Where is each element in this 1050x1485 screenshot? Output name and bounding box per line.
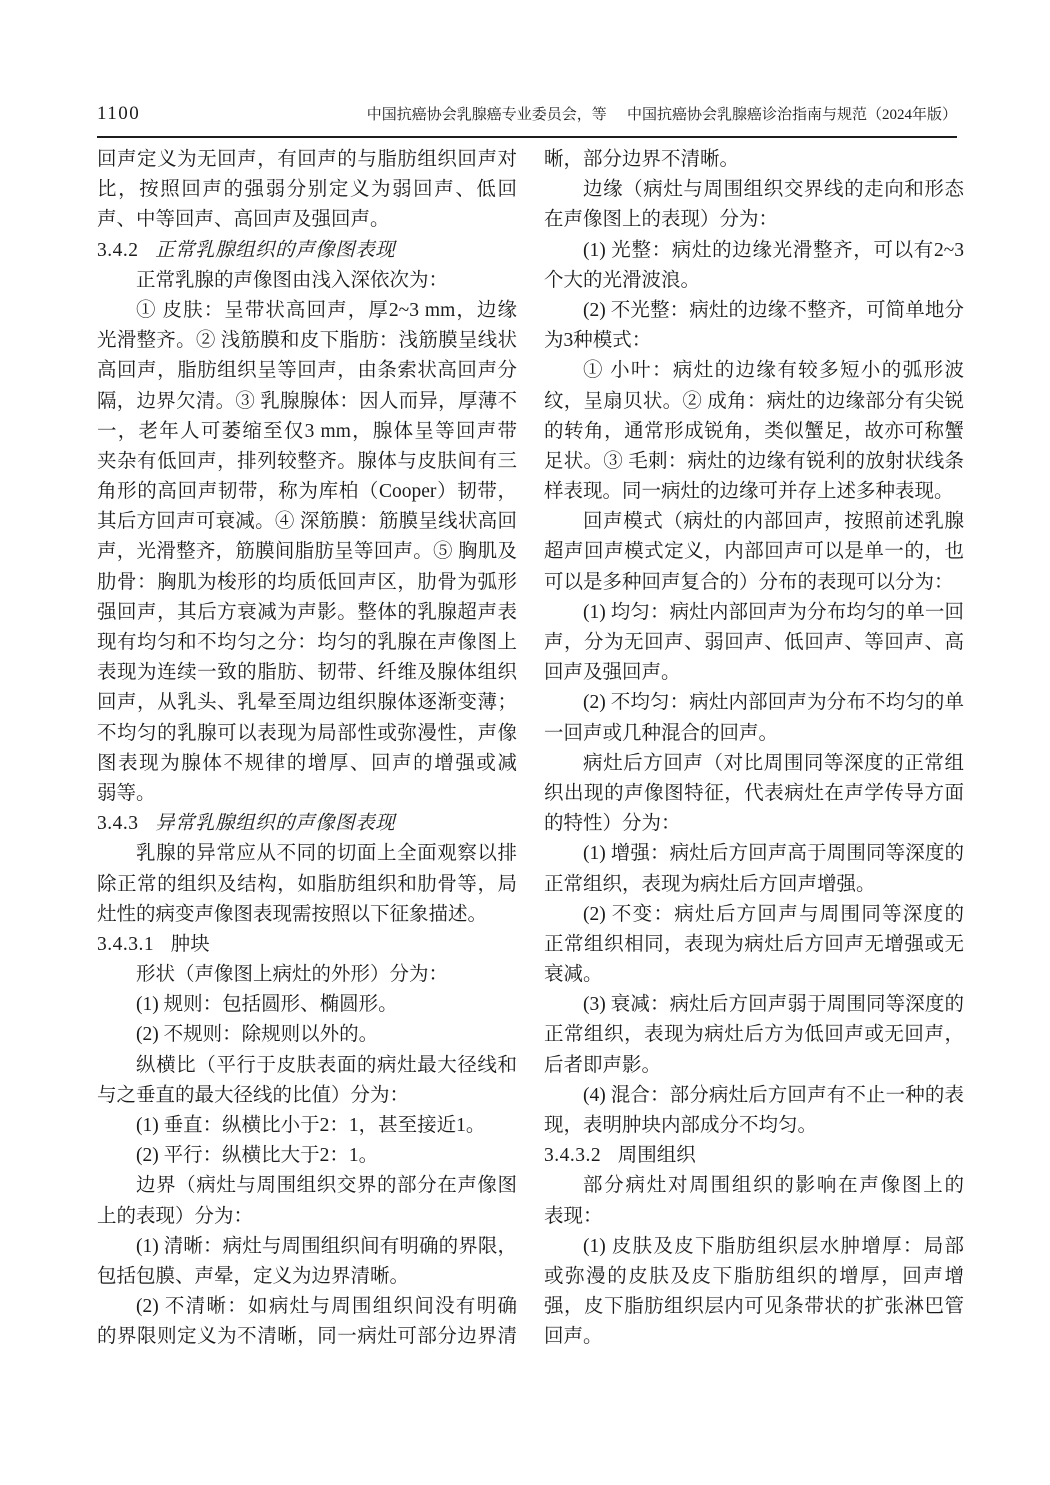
text-line: 织出现的声像图特征，代表病灶在声学传导方面: [544, 779, 964, 809]
text-line: 晰，部分边界不清晰。: [544, 145, 964, 175]
section-heading: 3.4.3.2周围组织: [544, 1141, 964, 1171]
text-line: (2) 不光整：病灶的边缘不整齐，可简单地分: [544, 296, 964, 326]
text-line: 形状（声像图上病灶的外形）分为：: [97, 960, 517, 990]
text-line: 的界限则定义为不清晰，同一病灶可部分边界清: [97, 1322, 517, 1352]
text-line: 强回声，其后方衰减为声影。整体的乳腺超声表: [97, 598, 517, 628]
text-line: 正常乳腺的声像图由浅入深依次为：: [97, 266, 517, 296]
text-line: 现有均匀和不均匀之分：均匀的乳腺在声像图上: [97, 628, 517, 658]
text-line: 的转角，通常形成锐角，类似蟹足，故亦可称蟹: [544, 417, 964, 447]
text-line: 角形的高回声韧带，称为库柏（Cooper）韧带，: [97, 477, 517, 507]
text-line: (2) 不均匀：病灶内部回声为分布不均匀的单: [544, 688, 964, 718]
text-line: 在声像图上的表现）分为：: [544, 205, 964, 235]
text-line: 超声回声模式定义，内部回声可以是单一的，也: [544, 537, 964, 567]
section-title: 正常乳腺组织的声像图表现: [155, 240, 395, 261]
text-line: 一回声或几种混合的回声。: [544, 719, 964, 749]
section-heading: 3.4.3.1肿块: [97, 930, 517, 960]
text-line: (2) 平行：纵横比大于2：1。: [97, 1141, 517, 1171]
text-line: 或弥漫的皮肤及皮下脂肪组织的增厚，回声增: [544, 1262, 964, 1292]
text-line: 回声，从乳头、乳晕至周边组织腺体逐渐变薄；: [97, 688, 517, 718]
text-line: 病灶后方回声（对比周围同等深度的正常组: [544, 749, 964, 779]
right-column: 晰，部分边界不清晰。边缘（病灶与周围组织交界线的走向和形态在声像图上的表现）分为…: [544, 145, 964, 1353]
left-column: 回声定义为无回声，有回声的与脂肪组织回声对比，按照回声的强弱分别定义为弱回声、低…: [97, 145, 517, 1353]
text-line: 上的表现）分为：: [97, 1202, 517, 1232]
text-line: (1) 均匀：病灶内部回声为分布均匀的单一回: [544, 598, 964, 628]
text-line: (1) 清晰：病灶与周围组织间有明确的界限，: [97, 1232, 517, 1262]
text-line: ① 小叶：病灶的边缘有较多短小的弧形波: [544, 356, 964, 386]
text-line: 声、中等回声、高回声及强回声。: [97, 205, 517, 235]
text-line: 足状。③ 毛刺：病灶的边缘有锐利的放射状线条: [544, 447, 964, 477]
text-line: 灶性的病变声像图表现需按照以下征象描述。: [97, 900, 517, 930]
page-header: 1100 中国抗癌协会乳腺癌专业委员会，等 中国抗癌协会乳腺癌诊治指南与规范（2…: [97, 103, 957, 125]
text-line: 为3种模式：: [544, 326, 964, 356]
section-title: 异常乳腺组织的声像图表现: [155, 813, 395, 834]
text-line: 包括包膜、声晕，定义为边界清晰。: [97, 1262, 517, 1292]
text-line: 弱等。: [97, 779, 517, 809]
text-line: 正常组织，表现为病灶后方回声增强。: [544, 870, 964, 900]
text-line: 个大的光滑波浪。: [544, 266, 964, 296]
text-line: 纵横比（平行于皮肤表面的病灶最大径线和: [97, 1051, 517, 1081]
text-line: 边界（病灶与周围组织交界的部分在声像图: [97, 1171, 517, 1201]
section-heading: 3.4.2正常乳腺组织的声像图表现: [97, 236, 517, 266]
section-title: 周围组织: [618, 1145, 696, 1166]
document-page: 1100 中国抗癌协会乳腺癌专业委员会，等 中国抗癌协会乳腺癌诊治指南与规范（2…: [0, 0, 1050, 1485]
text-line: 比，按照回声的强弱分别定义为弱回声、低回: [97, 175, 517, 205]
text-line: 衰减。: [544, 960, 964, 990]
running-head-title: 中国抗癌协会乳腺癌诊治指南与规范（2024年版）: [627, 107, 957, 123]
section-number: 3.4.3: [97, 813, 139, 834]
text-line: (1) 皮肤及皮下脂肪组织层水肿增厚：局部: [544, 1232, 964, 1262]
text-line: 其后方回声可衰减。④ 深筋膜：筋膜呈线状高回: [97, 507, 517, 537]
text-line: (1) 垂直：纵横比小于2：1，甚至接近1。: [97, 1111, 517, 1141]
section-heading: 3.4.3异常乳腺组织的声像图表现: [97, 809, 517, 839]
text-line: 除正常的组织及结构，如脂肪组织和肋骨等，局: [97, 870, 517, 900]
section-number: 3.4.3.1: [97, 934, 154, 955]
text-line: 图表现为腺体不规律的增厚、回声的增强或减: [97, 749, 517, 779]
running-head: 中国抗癌协会乳腺癌专业委员会，等 中国抗癌协会乳腺癌诊治指南与规范（2024年版…: [367, 103, 957, 124]
text-line: 隔，边界欠清。③ 乳腺腺体：因人而异，厚薄不: [97, 387, 517, 417]
text-line: 现，表明肿块内部成分不均匀。: [544, 1111, 964, 1141]
text-line: 正常组织，表现为病灶后方为低回声或无回声，: [544, 1020, 964, 1050]
text-columns: 回声定义为无回声，有回声的与脂肪组织回声对比，按照回声的强弱分别定义为弱回声、低…: [97, 145, 964, 1353]
text-line: ① 皮肤：呈带状高回声，厚2~3 mm，边缘: [97, 296, 517, 326]
text-line: 肋骨：胸肌为梭形的均质低回声区，肋骨为弧形: [97, 568, 517, 598]
text-line: (4) 混合：部分病灶后方回声有不止一种的表: [544, 1081, 964, 1111]
section-number: 3.4.2: [97, 240, 139, 261]
page-number: 1100: [97, 103, 140, 125]
text-line: 的特性）分为：: [544, 809, 964, 839]
text-line: 回声定义为无回声，有回声的与脂肪组织回声对: [97, 145, 517, 175]
text-line: 声，分为无回声、弱回声、低回声、等回声、高: [544, 628, 964, 658]
text-line: 边缘（病灶与周围组织交界线的走向和形态: [544, 175, 964, 205]
text-line: 纹，呈扇贝状。② 成角：病灶的边缘部分有尖锐: [544, 387, 964, 417]
text-line: 光滑整齐。② 浅筋膜和皮下脂肪：浅筋膜呈线状: [97, 326, 517, 356]
text-line: (2) 不规则：除规则以外的。: [97, 1020, 517, 1050]
header-rule: [97, 136, 957, 138]
text-line: (2) 不变：病灶后方回声与周围同等深度的: [544, 900, 964, 930]
text-line: 可以是多种回声复合的）分布的表现可以分为：: [544, 568, 964, 598]
text-line: 回声及强回声。: [544, 658, 964, 688]
text-line: 部分病灶对周围组织的影响在声像图上的: [544, 1171, 964, 1201]
text-line: 高回声，脂肪组织呈等回声，由条索状高回声分: [97, 356, 517, 386]
text-line: (1) 光整：病灶的边缘光滑整齐，可以有2~3: [544, 236, 964, 266]
text-line: 与之垂直的最大径线的比值）分为：: [97, 1081, 517, 1111]
text-line: (1) 规则：包括圆形、椭圆形。: [97, 990, 517, 1020]
text-line: 表现为连续一致的脂肪、韧带、纤维及腺体组织: [97, 658, 517, 688]
text-line: 夹杂有低回声，排列较整齐。腺体与皮肤间有三: [97, 447, 517, 477]
text-line: 乳腺的异常应从不同的切面上全面观察以排: [97, 839, 517, 869]
text-line: 回声模式（病灶的内部回声，按照前述乳腺: [544, 507, 964, 537]
text-line: (2) 不清晰：如病灶与周围组织间没有明确: [97, 1292, 517, 1322]
text-line: 不均匀的乳腺可以表现为局部性或弥漫性，声像: [97, 719, 517, 749]
text-line: 正常组织相同，表现为病灶后方回声无增强或无: [544, 930, 964, 960]
text-line: (3) 衰减：病灶后方回声弱于周围同等深度的: [544, 990, 964, 1020]
text-line: (1) 增强：病灶后方回声高于周围同等深度的: [544, 839, 964, 869]
text-line: 强，皮下脂肪组织层内可见条带状的扩张淋巴管: [544, 1292, 964, 1322]
text-line: 一，老年人可萎缩至仅3 mm，腺体呈等回声带: [97, 417, 517, 447]
text-line: 回声。: [544, 1322, 964, 1352]
running-head-source: 中国抗癌协会乳腺癌专业委员会，等: [367, 107, 607, 123]
text-line: 表现：: [544, 1202, 964, 1232]
section-number: 3.4.3.2: [544, 1145, 601, 1166]
section-title: 肿块: [171, 934, 210, 955]
text-line: 声，光滑整齐，筋膜间脂肪呈等回声。⑤ 胸肌及: [97, 537, 517, 567]
text-line: 后者即声影。: [544, 1051, 964, 1081]
text-line: 样表现。同一病灶的边缘可并存上述多种表现。: [544, 477, 964, 507]
